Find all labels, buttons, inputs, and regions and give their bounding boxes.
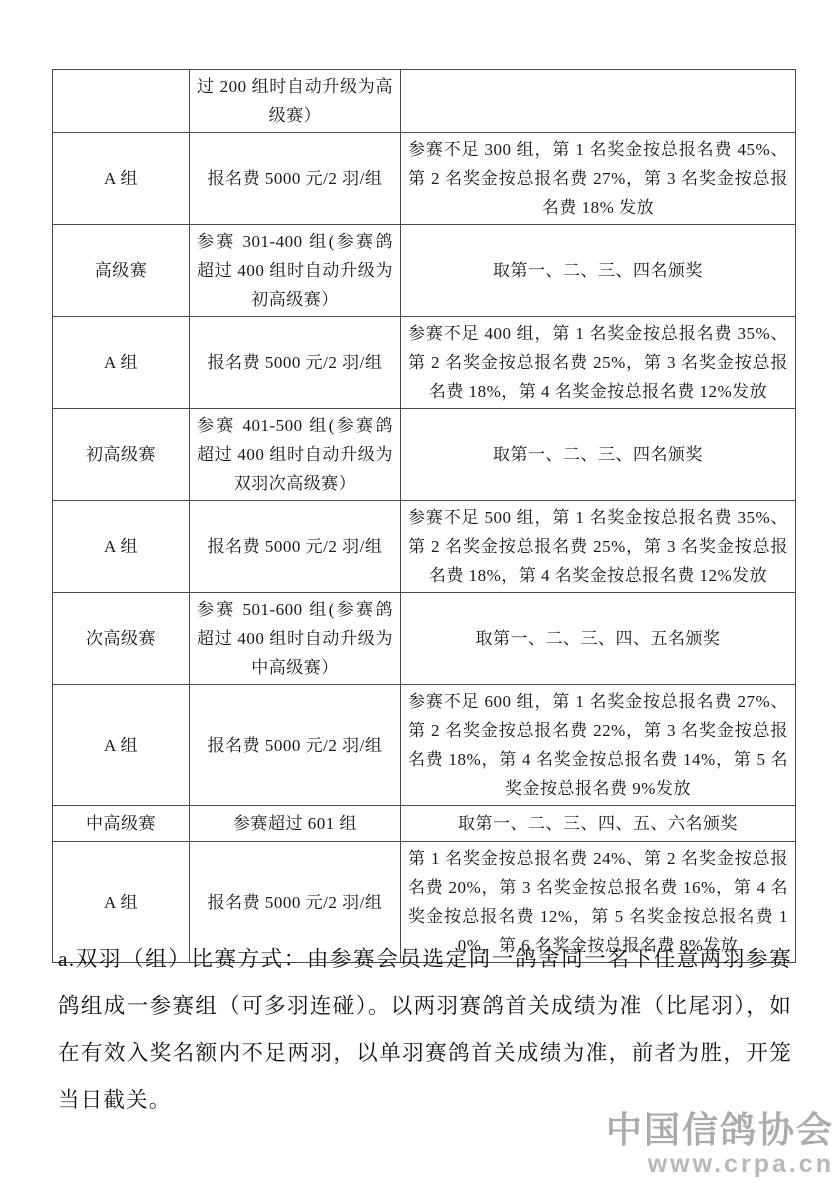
fee-cell: 参赛超过 601 组	[190, 806, 401, 842]
fee-cell: 参赛 501-600 组(参赛鸽超过 400 组时自动升级为中高级赛）	[190, 593, 401, 685]
competition-fee-table: 过 200 组时自动升级为高级赛） A 组 报名费 5000 元/2 羽/组 参…	[52, 69, 796, 963]
fee-cell: 报名费 5000 元/2 羽/组	[190, 501, 401, 593]
document-page: 过 200 组时自动升级为高级赛） A 组 报名费 5000 元/2 羽/组 参…	[0, 0, 840, 1187]
tier-cell: A 组	[53, 501, 190, 593]
tier-cell: A 组	[53, 133, 190, 225]
fee-cell: 参赛 301-400 组(参赛鸽超过 400 组时自动升级为初高级赛）	[190, 225, 401, 317]
tier-cell: 中高级赛	[53, 806, 190, 842]
table-row: 次高级赛 参赛 501-600 组(参赛鸽超过 400 组时自动升级为中高级赛）…	[53, 593, 796, 685]
table-row: 初高级赛 参赛 401-500 组(参赛鸽超过 400 组时自动升级为双羽次高级…	[53, 409, 796, 501]
watermark-org-text: 中国信鸽协会	[606, 1110, 834, 1150]
note-paragraph: a.双羽（组）比赛方式：由参赛会员选定同一鸽舍同一名下任意两羽参赛鸽组成一参赛组…	[58, 936, 792, 1124]
fee-cell: 报名费 5000 元/2 羽/组	[190, 685, 401, 806]
table-row: A 组 报名费 5000 元/2 羽/组 参赛不足 600 组，第 1 名奖金按…	[53, 685, 796, 806]
fee-cell: 报名费 5000 元/2 羽/组	[190, 133, 401, 225]
tier-cell: A 组	[53, 317, 190, 409]
tier-cell: 初高级赛	[53, 409, 190, 501]
table-row: 高级赛 参赛 301-400 组(参赛鸽超过 400 组时自动升级为初高级赛） …	[53, 225, 796, 317]
prize-cell: 参赛不足 300 组，第 1 名奖金按总报名费 45%、第 2 名奖金按总报名费…	[401, 133, 796, 225]
prize-cell	[401, 70, 796, 133]
tier-cell: A 组	[53, 685, 190, 806]
prize-cell: 参赛不足 400 组，第 1 名奖金按总报名费 35%、第 2 名奖金按总报名费…	[401, 317, 796, 409]
fee-cell: 报名费 5000 元/2 羽/组	[190, 317, 401, 409]
prize-cell: 参赛不足 600 组，第 1 名奖金按总报名费 27%、第 2 名奖金按总报名费…	[401, 685, 796, 806]
tier-cell: 次高级赛	[53, 593, 190, 685]
fee-cell: 参赛 401-500 组(参赛鸽超过 400 组时自动升级为双羽次高级赛）	[190, 409, 401, 501]
table-row: A 组 报名费 5000 元/2 羽/组 参赛不足 400 组，第 1 名奖金按…	[53, 317, 796, 409]
tier-cell	[53, 70, 190, 133]
prize-cell: 取第一、二、三、四、五、六名颁奖	[401, 806, 796, 842]
prize-cell: 取第一、二、三、四名颁奖	[401, 409, 796, 501]
tier-cell: 高级赛	[53, 225, 190, 317]
prize-cell: 取第一、二、三、四、五名颁奖	[401, 593, 796, 685]
table-row: 中高级赛 参赛超过 601 组 取第一、二、三、四、五、六名颁奖	[53, 806, 796, 842]
watermark-url-text: www.crpa.cn	[606, 1150, 834, 1178]
fee-cell: 过 200 组时自动升级为高级赛）	[190, 70, 401, 133]
watermark: 中国信鸽协会 www.crpa.cn	[606, 1110, 834, 1178]
prize-cell: 参赛不足 500 组，第 1 名奖金按总报名费 35%、第 2 名奖金按总报名费…	[401, 501, 796, 593]
table-row: A 组 报名费 5000 元/2 羽/组 参赛不足 500 组，第 1 名奖金按…	[53, 501, 796, 593]
table-row: 过 200 组时自动升级为高级赛）	[53, 70, 796, 133]
prize-cell: 取第一、二、三、四名颁奖	[401, 225, 796, 317]
table-row: A 组 报名费 5000 元/2 羽/组 参赛不足 300 组，第 1 名奖金按…	[53, 133, 796, 225]
